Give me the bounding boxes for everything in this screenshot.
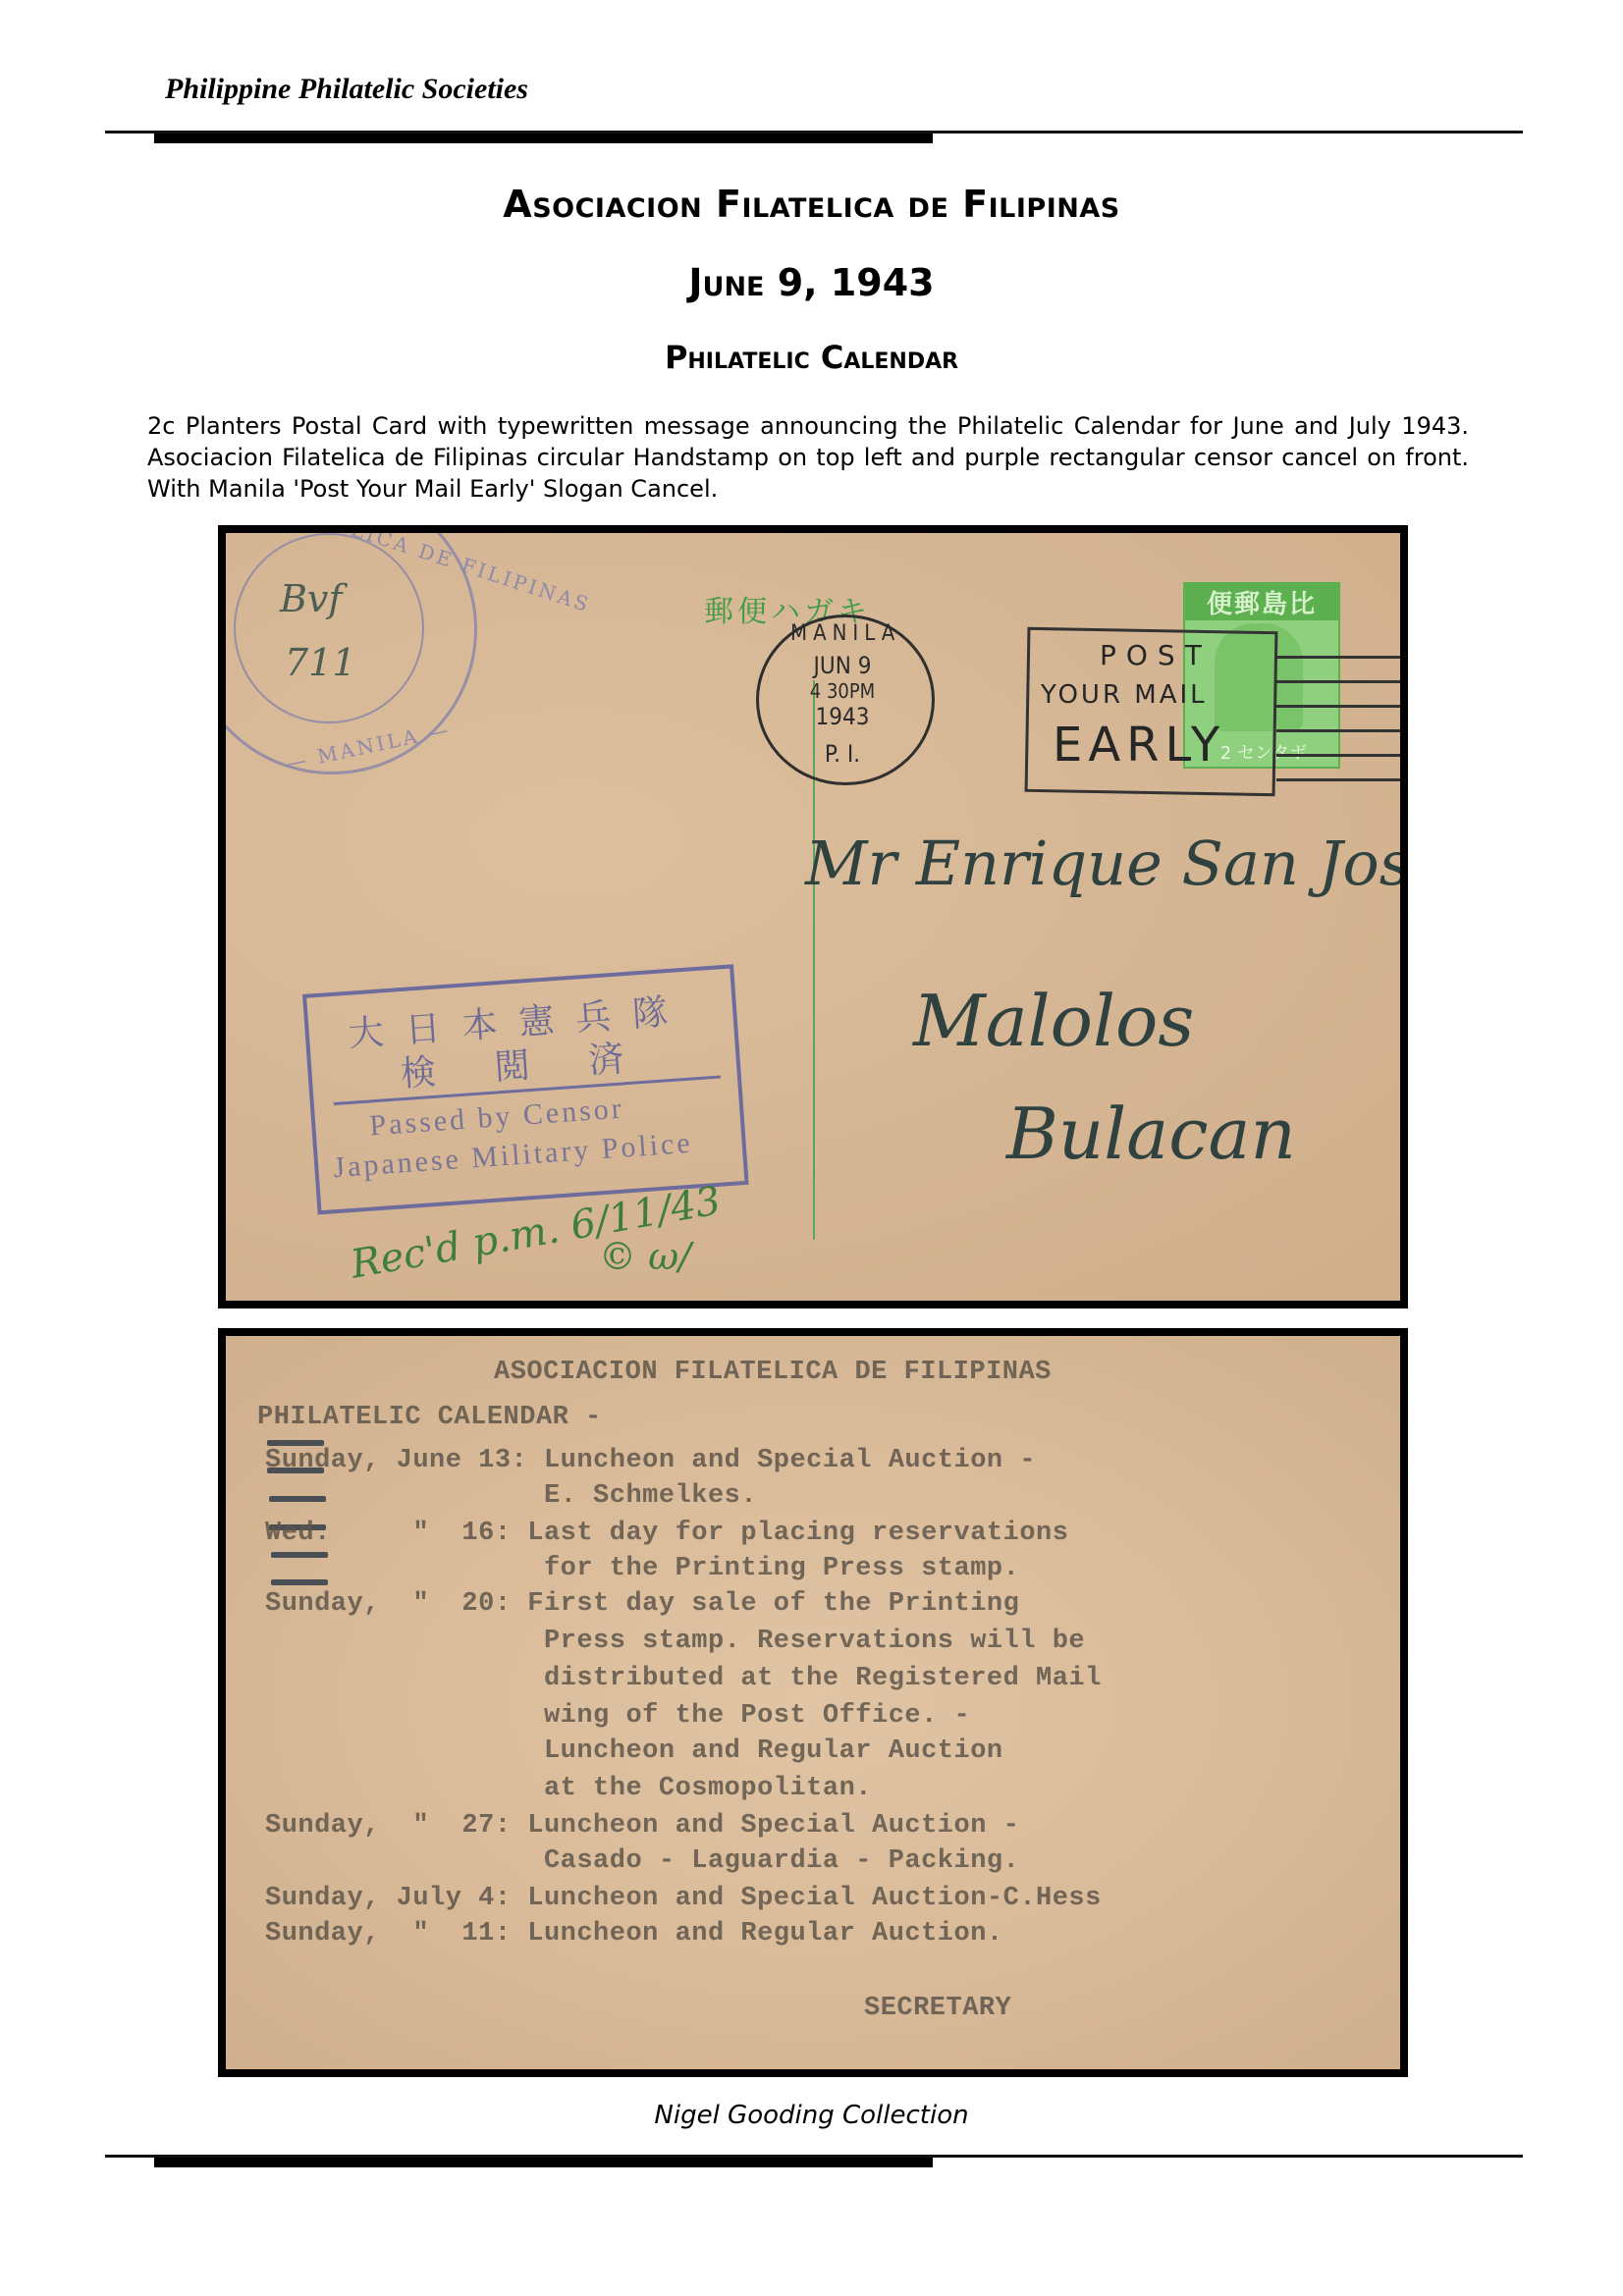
stamp-top-text: 便郵島比	[1185, 584, 1338, 620]
typed-subheading: PHILATELIC CALENDAR -	[257, 1403, 602, 1432]
cancel-wave-line	[1276, 705, 1408, 708]
calendar-line: wing of the Post Office. -	[265, 1701, 970, 1731]
calendar-line: Sunday, " 27: Luncheon and Special Aucti…	[265, 1811, 1019, 1841]
calendar-line: Casado - Laguardia - Packing.	[265, 1846, 1019, 1876]
slogan-line-1: POST	[1100, 639, 1212, 671]
typed-signature: SECRETARY	[864, 1994, 1011, 2023]
calendar-line: Sunday, " 11: Luncheon and Regular Aucti…	[265, 1919, 1003, 1949]
postcard-back-image: ASOCIACION FILATELICA DE FILIPINAS PHILA…	[218, 1328, 1408, 2077]
calendar-line: Sunday, July 4: Luncheon and Special Auc…	[265, 1884, 1102, 1913]
address-line-1: Mr Enrique San José	[805, 828, 1408, 899]
calendar-line: Press stamp. Reservations will be	[265, 1627, 1085, 1656]
postmark-year: 1943	[793, 704, 892, 729]
calendar-line: Sunday, " 20: First day sale of the Prin…	[265, 1589, 1019, 1619]
received-initials: © ω/	[599, 1235, 691, 1278]
postmark-country: P. I.	[793, 741, 892, 767]
calendar-line: for the Printing Press stamp.	[265, 1554, 1019, 1583]
collection-caption: Nigel Gooding Collection	[0, 2101, 1623, 2130]
slogan-line-3: EARLY	[1053, 718, 1225, 773]
calendar-line: Sunday, June 13: Luncheon and Special Au…	[265, 1446, 1036, 1475]
cancel-wave-line	[1276, 656, 1408, 659]
cancel-wave-line	[1276, 680, 1408, 683]
handstamp-inner-ring	[234, 533, 424, 723]
running-header: Philippine Philatelic Societies	[165, 73, 528, 106]
postmark-city: MANILA	[790, 621, 898, 647]
footer-rule-bar	[154, 2158, 933, 2167]
pencil-note-1: Bvf	[280, 577, 342, 620]
postmark-date: JUN 9	[793, 653, 892, 678]
cancel-wave-line	[1276, 778, 1408, 781]
calendar-line: E. Schmelkes.	[265, 1481, 757, 1511]
calendar-line: at the Cosmopolitan.	[265, 1774, 872, 1803]
page-subtitle: Philatelic Calendar	[0, 339, 1623, 376]
page-title: Asociacion Filatelica de Filipinas	[0, 183, 1623, 226]
cancel-wave-line	[1276, 729, 1408, 732]
pencil-note-2: 711	[285, 641, 356, 684]
address-line-2: Malolos	[913, 980, 1194, 1062]
calendar-line: Luncheon and Regular Auction	[265, 1736, 1003, 1766]
item-description: 2c Planters Postal Card with typewritten…	[147, 410, 1469, 505]
censor-cancel-box: 大日本憲兵隊 検閲済 Passed by Censor Japanese Mil…	[302, 964, 749, 1214]
header-rule-bar	[154, 133, 933, 143]
slogan-line-2: YOUR MAIL	[1041, 680, 1208, 710]
cancel-wave-line	[1276, 754, 1408, 757]
postcard-front-image: FILATELICA DE FILIPINAS — MANILA — Bvf 7…	[218, 525, 1408, 1308]
calendar-line: distributed at the Registered Mail	[265, 1664, 1102, 1693]
calendar-line: Wed. " 16: Last day for placing reservat…	[265, 1519, 1068, 1548]
page-date: June 9, 1943	[0, 261, 1623, 304]
address-line-3: Bulacan	[1006, 1093, 1296, 1175]
postmark-time: 4 30PM	[793, 678, 892, 704]
typed-heading: ASOCIACION FILATELICA DE FILIPINAS	[494, 1358, 1052, 1387]
